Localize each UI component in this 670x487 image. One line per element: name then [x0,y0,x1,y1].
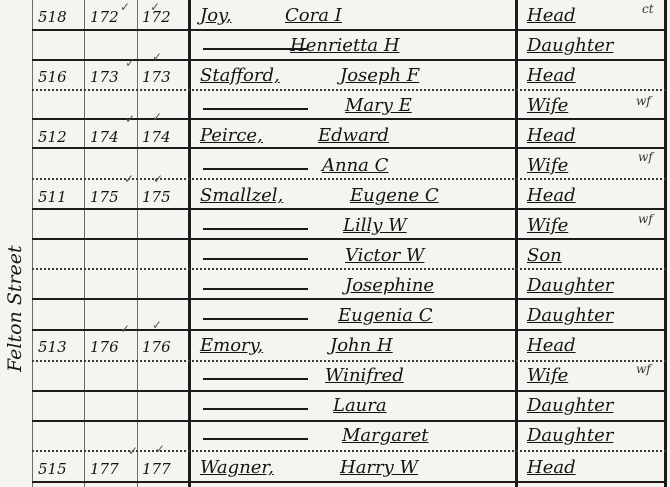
relation: Head [527,65,576,86]
checkmark-icon: ✓ [124,172,134,186]
given-name: Eugene C [350,185,439,206]
relation: Daughter [527,35,613,56]
ditto-dash [203,438,308,440]
surname: Emory, [200,335,263,356]
census-row: 516 173 173 Stafford, Joseph F Head [0,60,670,90]
dwelling-number: 177 [90,460,119,478]
surname: Stafford, [200,65,280,86]
relation: Head [527,5,576,26]
census-row: Margaret Daughter [0,420,670,450]
given-name: Lilly W [343,215,407,236]
relation: Daughter [527,275,613,296]
given-name: Victor W [345,245,424,266]
given-name: Josephine [345,275,434,296]
census-row: Winifred Wife wf [0,360,670,390]
relation: Head [527,457,576,478]
checkmark-icon: ✓ [128,444,138,458]
family-number: 175 [142,188,171,206]
checkmark-icon: ✓ [150,0,160,14]
census-row: Victor W Son [0,240,670,270]
census-row: Mary E Wife wf [0,90,670,120]
ditto-dash [203,288,308,290]
surname: Smallzel, [200,185,283,206]
checkmark-icon: ✓ [152,50,162,64]
relation: Wife [527,95,568,116]
dwelling-number: 173 [90,68,119,86]
house-number: 513 [38,338,67,356]
given-name: Winifred [325,365,404,386]
relation: Daughter [527,395,613,416]
ditto-dash [203,318,308,320]
checkmark-icon: ✓ [120,322,130,336]
given-name: John H [330,335,393,356]
census-row: 511 175 175 Smallzel, Eugene C Head [0,180,670,210]
family-number: 176 [142,338,171,356]
given-name: Laura [333,395,387,416]
surname: Wagner, [200,457,274,478]
annotation-mark: ct [642,2,654,16]
census-row: Eugenia C Daughter [0,300,670,330]
census-row: Laura Daughter [0,390,670,420]
annotation-mark: wf [636,94,651,108]
annotation-mark: wf [638,212,653,226]
ditto-dash [203,168,308,170]
surname: Peirce, [200,125,263,146]
relation: Daughter [527,305,613,326]
annotation-mark: wf [638,150,653,164]
house-number: 515 [38,460,67,478]
relation: Daughter [527,425,613,446]
relation: Head [527,125,576,146]
dwelling-number: 174 [90,128,119,146]
census-row: Anna C Wife wf [0,150,670,180]
given-name: Cora I [285,5,342,26]
checkmark-icon: ✓ [155,442,165,456]
relation: Son [527,245,562,266]
dwelling-number: 175 [90,188,119,206]
ditto-dash [203,108,308,110]
census-row: Lilly W Wife wf [0,210,670,240]
given-name: Joseph F [340,65,419,86]
checkmark-icon: ✓ [125,112,135,126]
census-row: 513 176 176 Emory, John H Head [0,330,670,360]
checkmark-icon: ✓ [125,56,135,70]
family-number: 174 [142,128,171,146]
census-row: 512 174 174 Peirce, Edward Head [0,120,670,150]
given-name: Anna C [322,155,388,176]
given-name: Henrietta H [290,35,400,56]
house-number: 516 [38,68,67,86]
given-name: Margaret [342,425,429,446]
house-number: 511 [38,188,67,206]
checkmark-icon: ✓ [153,172,163,186]
given-name: Harry W [340,457,418,478]
given-name: Edward [318,125,389,146]
dwelling-number: 172 [90,8,119,26]
census-row: Josephine Daughter [0,270,670,300]
family-number: 177 [142,460,171,478]
dwelling-number: 176 [90,338,119,356]
given-name: Eugenia C [338,305,432,326]
house-number: 518 [38,8,67,26]
census-row: Henrietta H Daughter [0,30,670,60]
family-number: 173 [142,68,171,86]
checkmark-icon: ✓ [120,0,130,14]
ditto-dash [203,228,308,230]
given-name: Mary E [345,95,412,116]
checkmark-icon: ✓ [152,110,162,124]
checkmark-icon: ✓ [152,318,162,332]
ditto-dash [203,378,308,380]
census-row: 518 172 172 Joy, Cora I Head ct [0,0,670,30]
house-number: 512 [38,128,67,146]
relation: Head [527,335,576,356]
relation: Head [527,185,576,206]
ditto-dash [203,408,308,410]
relation: Wife [527,365,568,386]
ditto-dash [203,258,308,260]
census-row: 515 177 177 Wagner, Harry W Head [0,452,670,482]
relation: Wife [527,155,568,176]
surname: Joy, [200,5,232,26]
relation: Wife [527,215,568,236]
census-sheet: Felton Street 518 172 172 Joy, Cora I He… [0,0,670,487]
annotation-mark: wf [636,362,651,376]
